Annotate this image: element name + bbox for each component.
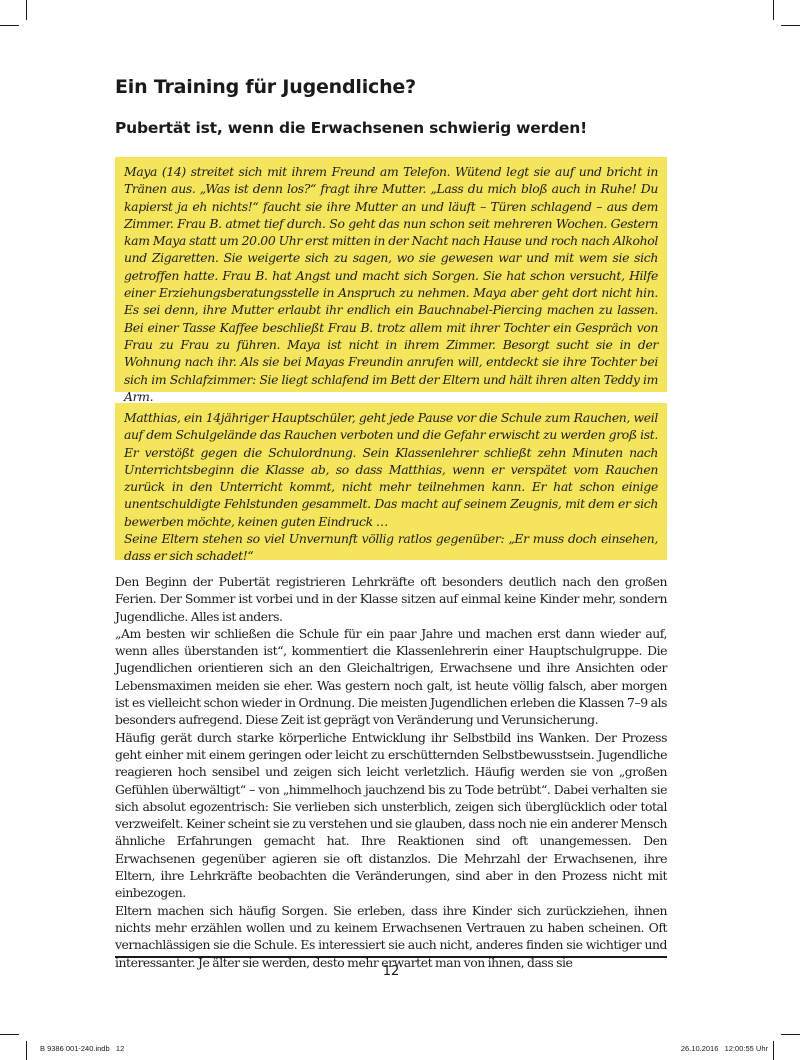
crop-mark-top-right-vertical xyxy=(773,0,774,20)
page-number: 12 xyxy=(0,964,782,979)
body-paragraph: „Am besten wir schließen die Schule für … xyxy=(115,625,667,729)
page-title: Ein Training für Jugendliche? xyxy=(115,76,416,98)
body-text: Den Beginn der Pubertät registrieren Leh… xyxy=(115,573,667,971)
crop-mark-bottom-right-vertical xyxy=(773,1041,774,1060)
crop-mark-top-right-horizontal xyxy=(781,25,800,26)
case-box-matthias: Matthias, ein 14jähriger Hauptschüler, g… xyxy=(115,403,667,560)
print-slug-right: 26.10.2016 12:00:55 Uhr xyxy=(681,1044,768,1053)
body-paragraph: Den Beginn der Pubertät registrieren Leh… xyxy=(115,573,667,625)
section-subtitle: Pubertät ist, wenn die Erwachsenen schwi… xyxy=(115,119,587,137)
crop-mark-top-left-vertical xyxy=(26,0,27,20)
body-paragraph: Eltern machen sich häufig Sorgen. Sie er… xyxy=(115,902,667,971)
crop-mark-bottom-left-vertical xyxy=(26,1041,27,1060)
crop-mark-bottom-right-horizontal xyxy=(781,1034,800,1035)
case-box-maya: Maya (14) streitet sich mit ihrem Freund… xyxy=(115,157,667,392)
body-paragraph: Häufig gerät durch starke körperliche En… xyxy=(115,729,667,902)
crop-mark-bottom-left-horizontal xyxy=(0,1034,19,1035)
crop-mark-top-left-horizontal xyxy=(0,25,19,26)
print-slug-left: B 9386 001-240.indb 12 xyxy=(40,1044,124,1053)
case-text: Seine Eltern stehen so viel Unvernunft v… xyxy=(124,530,658,565)
footer-rule xyxy=(115,956,667,958)
case-text: Matthias, ein 14jähriger Hauptschüler, g… xyxy=(124,409,658,530)
case-text: Maya (14) streitet sich mit ihrem Freund… xyxy=(124,163,658,405)
